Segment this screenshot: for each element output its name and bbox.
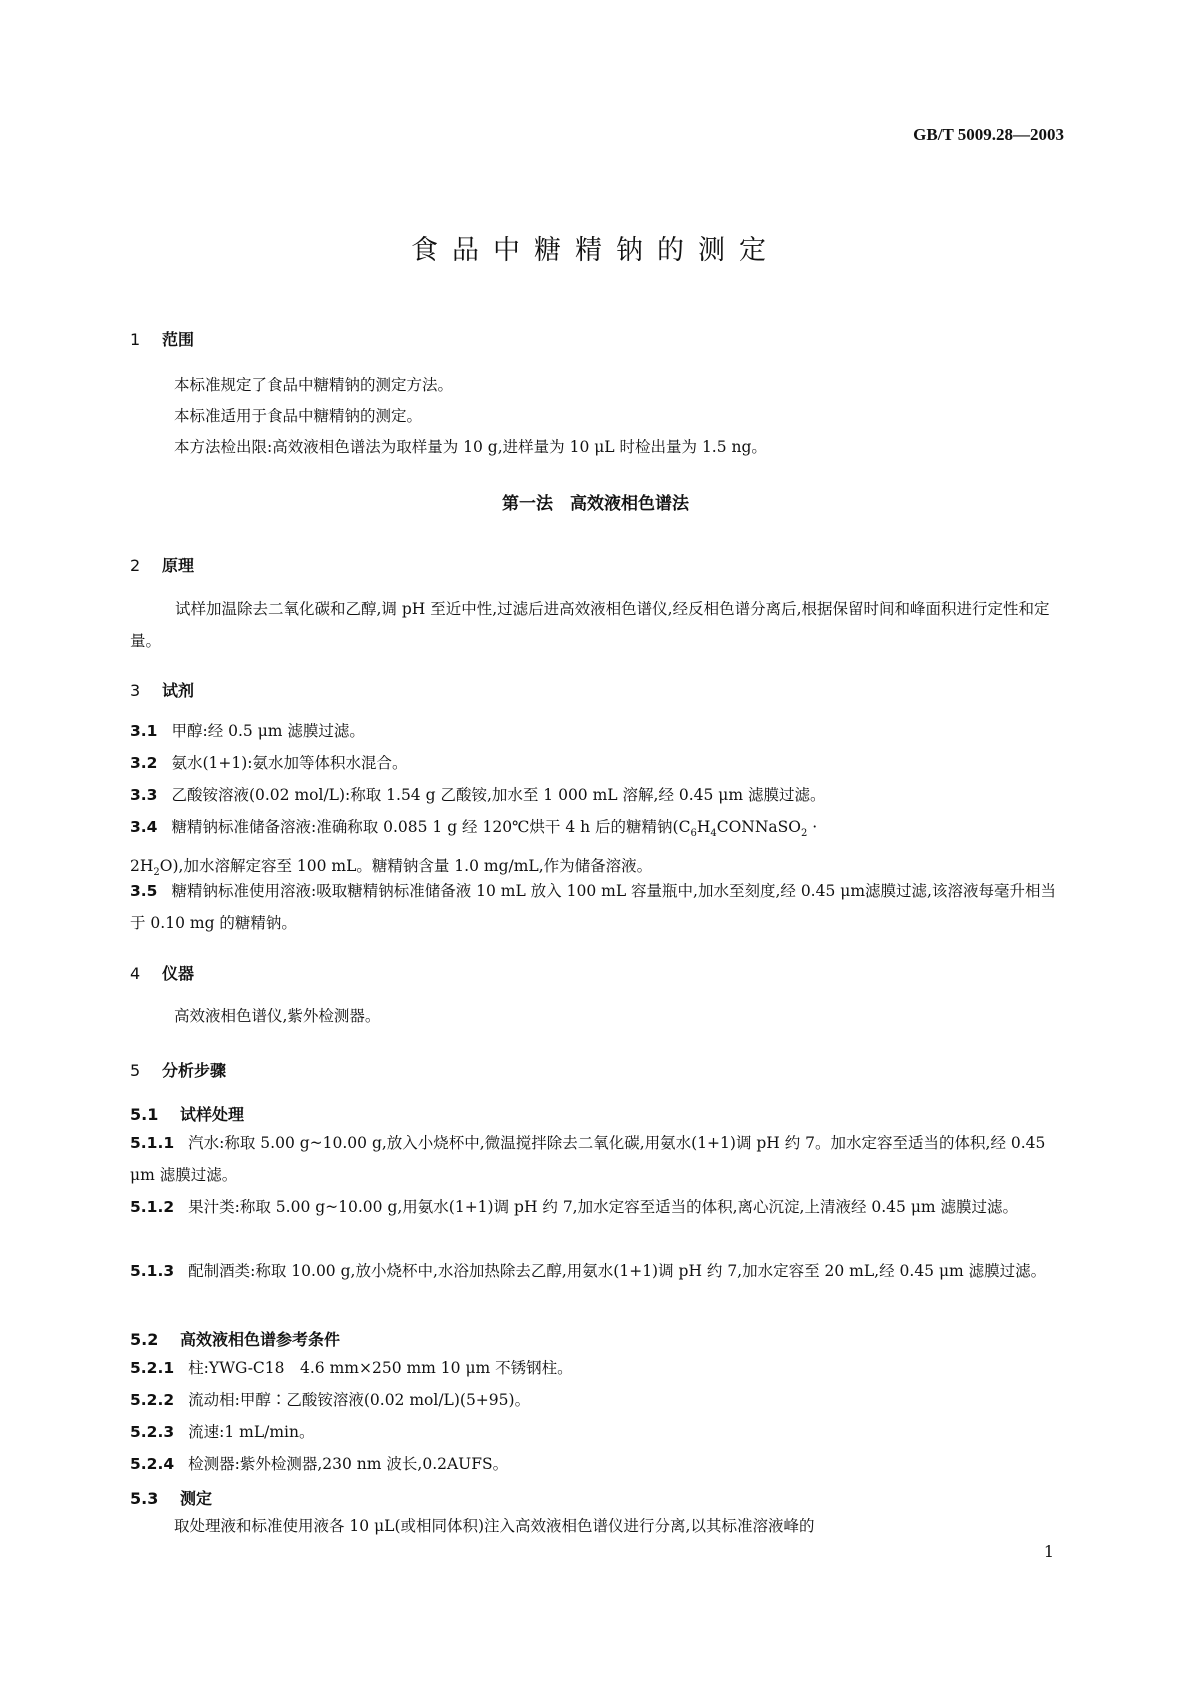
section-number: 5 [130,1061,162,1080]
page-number: 1 [1044,1542,1054,1561]
condition-item: 5.2.2流动相:甲醇∶乙酸铵溶液(0.02 mol/L)(5+95)。 [130,1384,1060,1416]
section-heading-procedure: 5分析步骤 [130,1058,226,1081]
document-title: 食品中糖精钠的测定 [0,228,1191,267]
section-title: 试剂 [162,681,194,700]
procedure-item: 5.1.2果汁类:称取 5.00 g~10.00 g,用氨水(1+1)调 pH … [130,1191,1060,1223]
document-page: GB/T 5009.28—2003 食品中糖精钠的测定 1范围 本标准规定了食品… [0,0,1191,1684]
section-heading-reagents: 3试剂 [130,678,194,701]
section-heading-scope: 1范围 [130,327,194,350]
section-title: 范围 [162,330,194,349]
section-number: 4 [130,964,162,983]
subsection-heading-sample-prep: 5.1试样处理 [130,1102,244,1125]
section-title: 分析步骤 [162,1061,226,1080]
reagent-item: 3.1甲醇:经 0.5 μm 滤膜过滤。 [130,715,1060,747]
method-title: 第一法 高效液相色谱法 [0,489,1191,514]
paragraph: 本标准规定了食品中糖精钠的测定方法。 [174,369,1064,401]
subsection-heading-hplc-conditions: 5.2高效液相色谱参考条件 [130,1327,340,1350]
reagent-item: 3.5糖精钠标准使用溶液:吸取糖精钠标准储备液 10 mL 放入 100 mL … [130,875,1060,939]
paragraph: 试样加温除去二氧化碳和乙醇,调 pH 至近中性,过滤后进高效液相色谱仪,经反相色… [130,593,1060,657]
section-number: 2 [130,556,162,575]
section-number: 3 [130,681,162,700]
section-title: 原理 [162,556,194,575]
condition-item: 5.2.4检测器:紫外检测器,230 nm 波长,0.2AUFS。 [130,1448,1060,1480]
procedure-item: 5.1.3配制酒类:称取 10.00 g,放小烧杯中,水浴加热除去乙醇,用氨水(… [130,1255,1060,1287]
section-number: 1 [130,330,162,349]
section-title: 仪器 [162,964,194,983]
condition-item: 5.2.1柱:YWG-C18 4.6 mm×250 mm 10 μm 不锈钢柱。 [130,1352,1060,1384]
paragraph: 本标准适用于食品中糖精钠的测定。 [174,400,1064,432]
condition-item: 5.2.3流速:1 mL/min。 [130,1416,1060,1448]
reagent-item: 3.3乙酸铵溶液(0.02 mol/L):称取 1.54 g 乙酸铵,加水至 1… [130,779,1060,811]
paragraph: 高效液相色谱仪,紫外检测器。 [174,1000,1064,1032]
procedure-item: 5.1.1汽水:称取 5.00 g~10.00 g,放入小烧杯中,微温搅拌除去二… [130,1127,1060,1191]
standard-number: GB/T 5009.28—2003 [913,125,1064,145]
section-heading-principle: 2原理 [130,553,194,576]
paragraph: 本方法检出限:高效液相色谱法为取样量为 10 g,进样量为 10 μL 时检出量… [174,431,1064,463]
reagent-item: 3.2氨水(1+1):氨水加等体积水混合。 [130,747,1060,779]
subsection-heading-determination: 5.3测定 [130,1486,212,1509]
section-heading-apparatus: 4仪器 [130,961,194,984]
paragraph: 取处理液和标准使用液各 10 μL(或相同体积)注入高效液相色谱仪进行分离,以其… [174,1510,1064,1542]
